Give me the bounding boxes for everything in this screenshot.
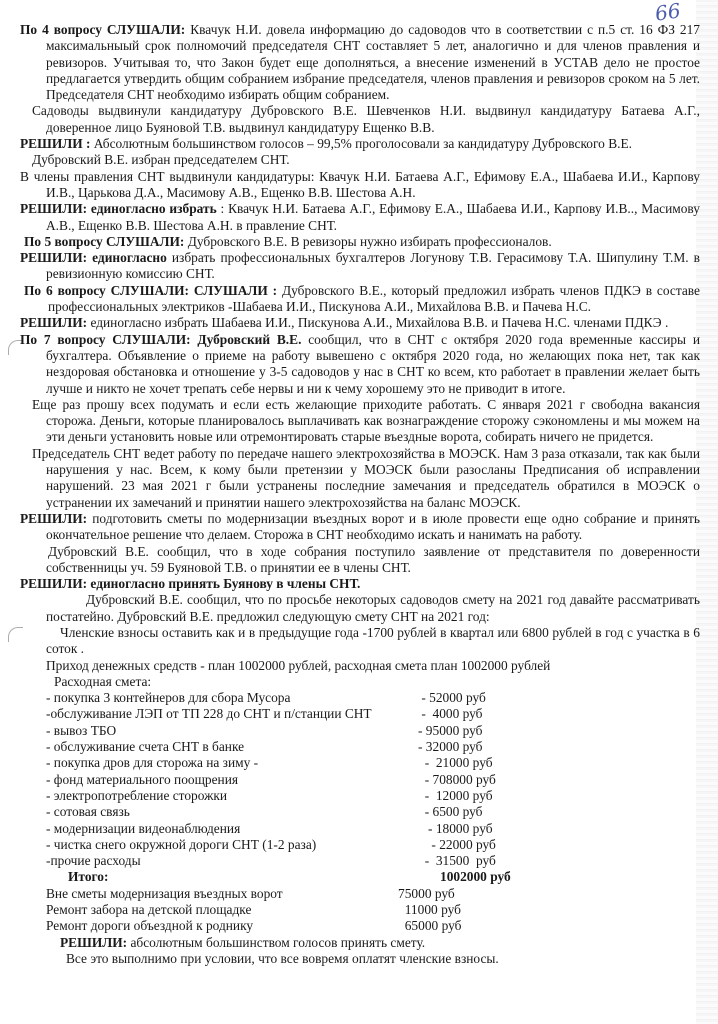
resolution-5: РЕШИЛИ: подготовить сметы по модернизаци… <box>20 511 700 544</box>
resolution-7: РЕШИЛИ: абсолютным большинством голосов … <box>20 935 700 951</box>
budget-total: Итого: 1002000 руб <box>20 869 700 885</box>
document-page: 66 По 4 вопросу СЛУШАЛИ: Квачук Н.И. дов… <box>0 0 718 1024</box>
minutes-text: По 4 вопросу СЛУШАЛИ: Квачук Н.И. довела… <box>20 22 700 967</box>
budget-item-label: - сотовая связь <box>46 804 418 820</box>
budget-item-amount: - 6500 руб <box>418 804 482 820</box>
question-7: По 7 вопросу СЛУШАЛИ: Дубровский В.Е. со… <box>20 332 700 397</box>
board-nominations: В члены правления СНТ выдвинули кандидат… <box>20 169 700 202</box>
budget-item-amount: - 31500 руб <box>418 853 496 869</box>
budget-row: Ремонт забора на детской площадке 11000 … <box>46 902 700 918</box>
budget-row: -обслуживание ЛЭП от ТП 228 до СНТ и п/с… <box>46 706 700 722</box>
budget-item-amount: - 21000 руб <box>418 755 493 771</box>
closing-remark: Все это выполнимо при условии, что все в… <box>20 951 700 967</box>
budget-row: - модернизации видеонаблюдения - 18000 р… <box>46 821 700 837</box>
budget-row: Ремонт дороги объездной к роднику 65000 … <box>46 918 700 934</box>
resolution-6: РЕШИЛИ: единогласно принять Буянову в чл… <box>20 576 700 592</box>
budget-item-amount: - 32000 руб <box>418 739 482 755</box>
budget-item-amount: - 708000 руб <box>418 772 496 788</box>
budget-item-label: - электропотребление сторожки <box>46 788 418 804</box>
budget-item-label: - модернизации видеонаблюдения <box>46 821 418 837</box>
budget-row: - фонд материального поощрения - 708000 … <box>46 772 700 788</box>
budget-item-label: - покупка 3 контейнеров для сбора Мусора <box>46 690 418 706</box>
budget-row: - электропотребление сторожки - 12000 ру… <box>46 788 700 804</box>
budget-item-label: - вывоз ТБО <box>46 723 418 739</box>
question-4: По 4 вопросу СЛУШАЛИ: Квачук Н.И. довела… <box>20 22 700 103</box>
question-5: По 5 вопросу СЛУШАЛИ: Дубровского В.Е. В… <box>20 234 700 250</box>
elected-chairman: Дубровский В.Е. избран председателем СНТ… <box>20 152 700 168</box>
budget-row: - покупка дров для сторожа на зиму - - 2… <box>46 755 700 771</box>
budget-item-amount: - 52000 руб <box>418 690 486 706</box>
budget-row: - обслуживание счета СНТ в банке- 32000 … <box>46 739 700 755</box>
budget-item-label: - покупка дров для сторожа на зиму - <box>46 755 418 771</box>
budget-item-amount: - 95000 руб <box>418 723 482 739</box>
budget-row: - вывоз ТБО- 95000 руб <box>46 723 700 739</box>
budget-item-amount: - 12000 руб <box>418 788 493 804</box>
budget-item-amount: - 18000 руб <box>418 821 493 837</box>
budget-item-amount: 65000 руб <box>388 918 461 934</box>
resolution-1: РЕШИЛИ : Абсолютным большинством голосов… <box>20 136 700 152</box>
budget-intro: Дубровский В.Е. сообщил, что по просьбе … <box>20 592 700 625</box>
budget-row: - покупка 3 контейнеров для сбора Мусора… <box>46 690 700 706</box>
budget-item-label: - обслуживание счета СНТ в банке <box>46 739 418 755</box>
income-plan: Приход денежных средств - план 1002000 р… <box>20 658 700 674</box>
budget-item-amount: - 22000 руб <box>418 837 496 853</box>
budget-row: - чистка снего окружной дороги СНТ (1-2 … <box>46 837 700 853</box>
budget-item-label: - чистка снего окружной дороги СНТ (1-2 … <box>46 837 418 853</box>
expense-title: Расходная смета: <box>20 674 700 690</box>
budget-row: - сотовая связь - 6500 руб <box>46 804 700 820</box>
budget-item-amount: - 4000 руб <box>418 706 482 722</box>
budget-table: - покупка 3 контейнеров для сбора Мусора… <box>20 690 700 869</box>
question-7-paragraph-3: Председатель СНТ ведет работу по передач… <box>20 446 700 511</box>
budget-item-label: -обслуживание ЛЭП от ТП 228 до СНТ и п/с… <box>46 706 418 722</box>
resolution-3: РЕШИЛИ: единогласно избрать профессионал… <box>20 250 700 283</box>
question-6: По 6 вопросу СЛУШАЛИ: СЛУШАЛИ : Дубровск… <box>20 283 700 316</box>
budget-item-label: Ремонт забора на детской площадке <box>46 902 388 918</box>
resolution-2: РЕШИЛИ: единогласно избрать : Квачук Н.И… <box>20 201 700 234</box>
budget-row: -прочие расходы - 31500 руб <box>46 853 700 869</box>
nominations: Садоводы выдвинули кандидатуру Дубровско… <box>20 103 700 136</box>
budget-item-label: -прочие расходы <box>46 853 418 869</box>
budget-item-label: Ремонт дороги объездной к роднику <box>46 918 388 934</box>
resolution-4: РЕШИЛИ: единогласно избрать Шабаева И.И.… <box>20 315 700 331</box>
budget-item-label: Вне сметы модернизация въездных ворот <box>46 886 388 902</box>
budget-item-label: - фонд материального поощрения <box>46 772 418 788</box>
question-7-paragraph-2: Еще раз прошу всех подумать и если есть … <box>20 397 700 446</box>
budget-item-amount: 75000 руб <box>388 886 455 902</box>
extra-budget-table: Вне сметы модернизация въездных ворот 75… <box>20 886 700 935</box>
membership-statement: Дубровский В.Е. сообщил, что в ходе собр… <box>20 544 700 577</box>
budget-item-amount: 11000 руб <box>388 902 461 918</box>
budget-row: Вне сметы модернизация въездных ворот 75… <box>46 886 700 902</box>
membership-fees: Членские взносы оставить как и в предыду… <box>20 625 700 658</box>
